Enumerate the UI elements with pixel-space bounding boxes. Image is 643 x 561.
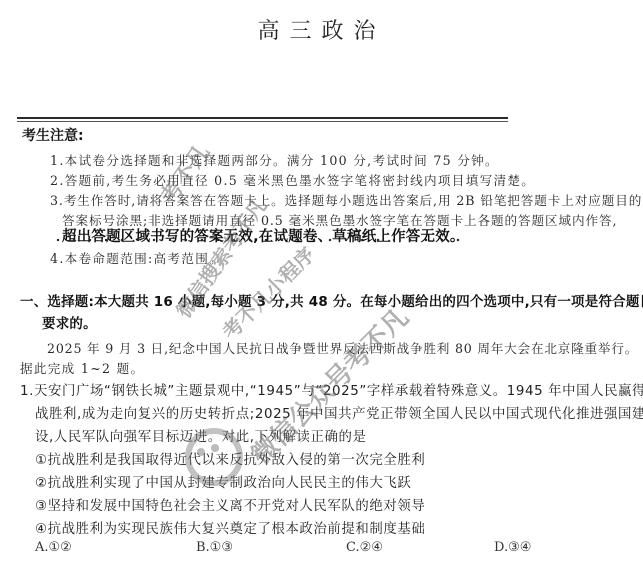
- option-c[interactable]: C.②④: [346, 540, 383, 555]
- statement-4: ④抗战胜利为实现民族伟大复兴奠定了根本政治前提和制度基础: [35, 518, 425, 537]
- question-1-stem-3: 设,人民军队向强军目标迈进。对此,下列解读正确的是: [35, 426, 367, 445]
- header-rule-thick: [17, 117, 508, 119]
- question-1-stem-2: 战胜利,成为走向复兴的历史转折点;2025 年中国共产党正带领全国人民以中国式现…: [35, 403, 643, 422]
- notice-item-2: 2.答题前,考生务必用直径 0.5 毫米黑色墨水签字笔将密封线内项目填写清楚。: [50, 170, 535, 189]
- statement-1: ①抗战胜利是我国取得近代以来反抗外敌入侵的第一次完全胜利: [35, 449, 425, 468]
- material-line-2: 据此完成 1~2 题。: [20, 358, 144, 377]
- notice-heading: 考生注意:: [22, 125, 84, 145]
- statement-2: ②抗战胜利实现了中国从封建专制政治向人民民主的伟大飞跃: [35, 472, 411, 491]
- answer-options: A.①② B.①③ C.②④ D.③④: [0, 540, 643, 558]
- section-heading-cont: 要求的。: [42, 312, 97, 332]
- notice-item-3-emphasis: 超出答题区域书写的答案无效,在试题卷、草稿纸上作答无效。: [62, 225, 465, 246]
- notice-item-1: 1.本试卷分选择题和非选择题两部分。满分 100 分,考试时间 75 分钟。: [50, 150, 499, 169]
- option-a[interactable]: A.①②: [35, 540, 72, 555]
- emphasis-dots: [50, 238, 470, 242]
- exam-page: 高三政治 考生注意: 1.本试卷分选择题和非选择题两部分。满分 100 分,考试…: [0, 0, 643, 561]
- option-d[interactable]: D.③④: [494, 540, 531, 555]
- option-b[interactable]: B.①③: [196, 540, 233, 555]
- notice-item-4: 4.本卷命题范围:高考范围。: [50, 248, 223, 267]
- question-1-stem-1: 1.天安门广场“钢铁长城”主题景观中,“1945”与“2025”字样承载着特殊意…: [20, 380, 643, 399]
- header-rule-thin: [17, 121, 508, 122]
- section-heading: 一、选择题:本大题共 16 小题,每小题 3 分,共 48 分。在每小题给出的四…: [20, 290, 643, 310]
- material-line-1: 2025 年 9 月 3 日,纪念中国人民抗日战争暨世界反法西斯战争胜利 80 …: [47, 338, 638, 357]
- statement-3: ③坚持和发展中国特色社会主义离不开党对人民军队的绝对领导: [35, 495, 425, 514]
- page-title: 高三政治: [0, 14, 643, 45]
- notice-item-3: 3.考生作答时,请将答案答在答题卡上。选择题每小题选出答案后,用 2B 铅笔把答…: [50, 190, 642, 209]
